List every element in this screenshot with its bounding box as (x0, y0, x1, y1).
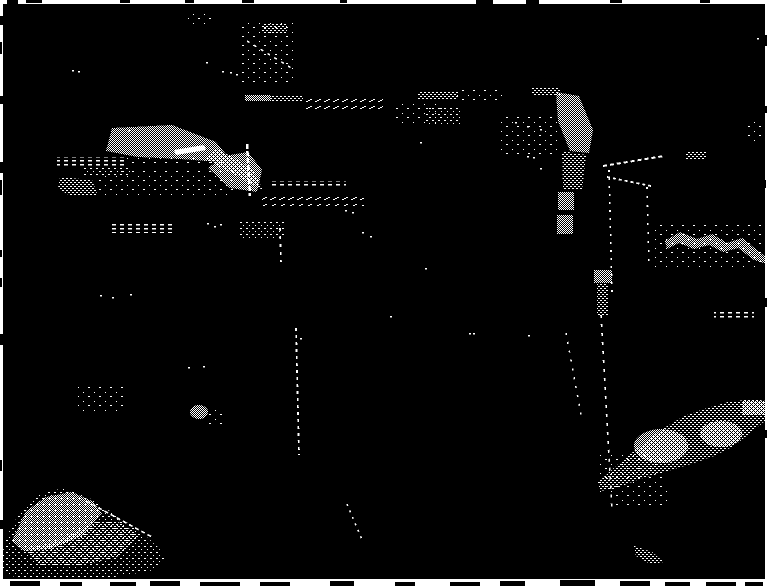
margin-dash (560, 580, 595, 586)
patch-pillar-block1 (558, 192, 574, 210)
patch-speckle-top-cluster (262, 24, 287, 33)
margin-dash (620, 581, 650, 586)
noise-speck (236, 74, 238, 76)
margin-dash (150, 581, 180, 586)
noise-speck (362, 232, 364, 234)
noise-speck (230, 72, 232, 74)
margin-dash (330, 581, 354, 586)
margin-dash (0, 460, 2, 471)
noise-speck (72, 70, 74, 72)
noise-speck (130, 294, 132, 296)
patch-right-edge-dots (748, 120, 766, 142)
noise-speck (300, 338, 302, 340)
patch-dash-row-center (268, 181, 346, 187)
noise-speck (100, 295, 102, 297)
margin-dash (60, 582, 82, 586)
noise-speck (527, 126, 529, 128)
margin-dash (0, 520, 3, 529)
margin-dash (526, 0, 539, 4)
patch-tick-row-center (262, 196, 364, 206)
margin-dash (764, 180, 766, 188)
patch-ticks-lower-left (238, 222, 284, 240)
noise-speck (78, 71, 80, 73)
patch-band-top-med (271, 95, 303, 102)
noise-speck (540, 129, 542, 131)
noise-speck (473, 333, 475, 335)
margin-dash (185, 0, 194, 3)
patch-hdash-marks-right (686, 151, 706, 160)
patch-ridge-dots (655, 225, 765, 270)
patch-upper-mid-dots3 (500, 116, 558, 156)
noise-speck (515, 122, 517, 124)
noise-speck (352, 212, 354, 214)
scanned-photo-page (0, 0, 767, 586)
margin-dash (10, 581, 40, 586)
patch-band-left-dots (127, 157, 235, 167)
margin-dash (665, 582, 690, 586)
margin-dash (700, 0, 710, 3)
noise-speck (206, 62, 208, 64)
patch-dots-under-blob (95, 170, 235, 198)
noise-speck (425, 268, 427, 270)
margin-dash (450, 582, 480, 586)
margin-dash (0, 334, 3, 345)
patch-pillar-block2 (557, 215, 573, 234)
patch-pillar-top-dashes (532, 87, 560, 95)
margin-dash (476, 0, 493, 4)
patch-dots-lower-left (78, 386, 124, 412)
margin-dash (0, 96, 3, 104)
patch-band-left-dash (57, 157, 127, 166)
noise-speck (420, 142, 422, 144)
noise-speck (390, 316, 392, 318)
patch-foliage-dots2 (612, 488, 668, 506)
noise-speck (214, 226, 216, 228)
noise-speck (207, 223, 209, 225)
margin-dash (0, 16, 3, 25)
patch-band-top-dense (245, 95, 271, 101)
noise-speck (528, 335, 530, 337)
noise-speck (527, 156, 529, 158)
patch-lower-pillar-neck (597, 283, 608, 315)
margin-dash (120, 0, 130, 3)
patch-band-lower-dash (112, 224, 174, 233)
noise-speck (188, 367, 190, 369)
margin-dash (7, 0, 18, 4)
patch-foliage-bright2 (700, 421, 742, 447)
patch-lower-pillar-head (594, 270, 612, 283)
noise-speck (370, 236, 372, 238)
patch-small-blob-dots (205, 408, 225, 426)
patch-dash-row-upper-right (714, 312, 754, 320)
margin-dash (0, 162, 3, 173)
noise-speck (203, 366, 205, 368)
patch-upper-mid-ticks (424, 106, 460, 126)
margin-dash (745, 582, 763, 586)
patch-upper-mid-dots2 (455, 88, 503, 102)
margin-dash (110, 582, 136, 586)
margin-dash (242, 0, 254, 3)
noise-speck (112, 297, 114, 299)
margin-dash (610, 0, 622, 3)
margin-dash (0, 42, 2, 54)
margin-dash (200, 582, 240, 586)
margin-dash (500, 581, 525, 586)
dithered-photo-canvas (0, 0, 767, 586)
noise-speck (220, 224, 222, 226)
noise-speck (469, 333, 471, 335)
patch-upper-mid-dashes (418, 91, 458, 100)
noise-speck (533, 157, 535, 159)
patch-ticks-top-right (305, 98, 383, 111)
patch-foliage-dots1 (598, 452, 662, 494)
noise-speck (540, 168, 542, 170)
noise-speck (345, 210, 347, 212)
margin-dash (340, 0, 347, 3)
patch-dots-top-left (188, 12, 212, 26)
noise-speck (222, 71, 224, 73)
patch-pillar-mid (562, 151, 586, 190)
noise-speck (128, 130, 130, 132)
margin-dash (0, 278, 2, 287)
margin-dash (395, 582, 415, 586)
margin-dash (26, 0, 42, 3)
noise-speck (757, 38, 759, 40)
patch-foliage-bright3 (742, 401, 766, 415)
margin-dash (260, 582, 290, 586)
margin-dash (706, 582, 736, 586)
margin-dash (0, 180, 2, 195)
margin-dash (0, 250, 2, 257)
